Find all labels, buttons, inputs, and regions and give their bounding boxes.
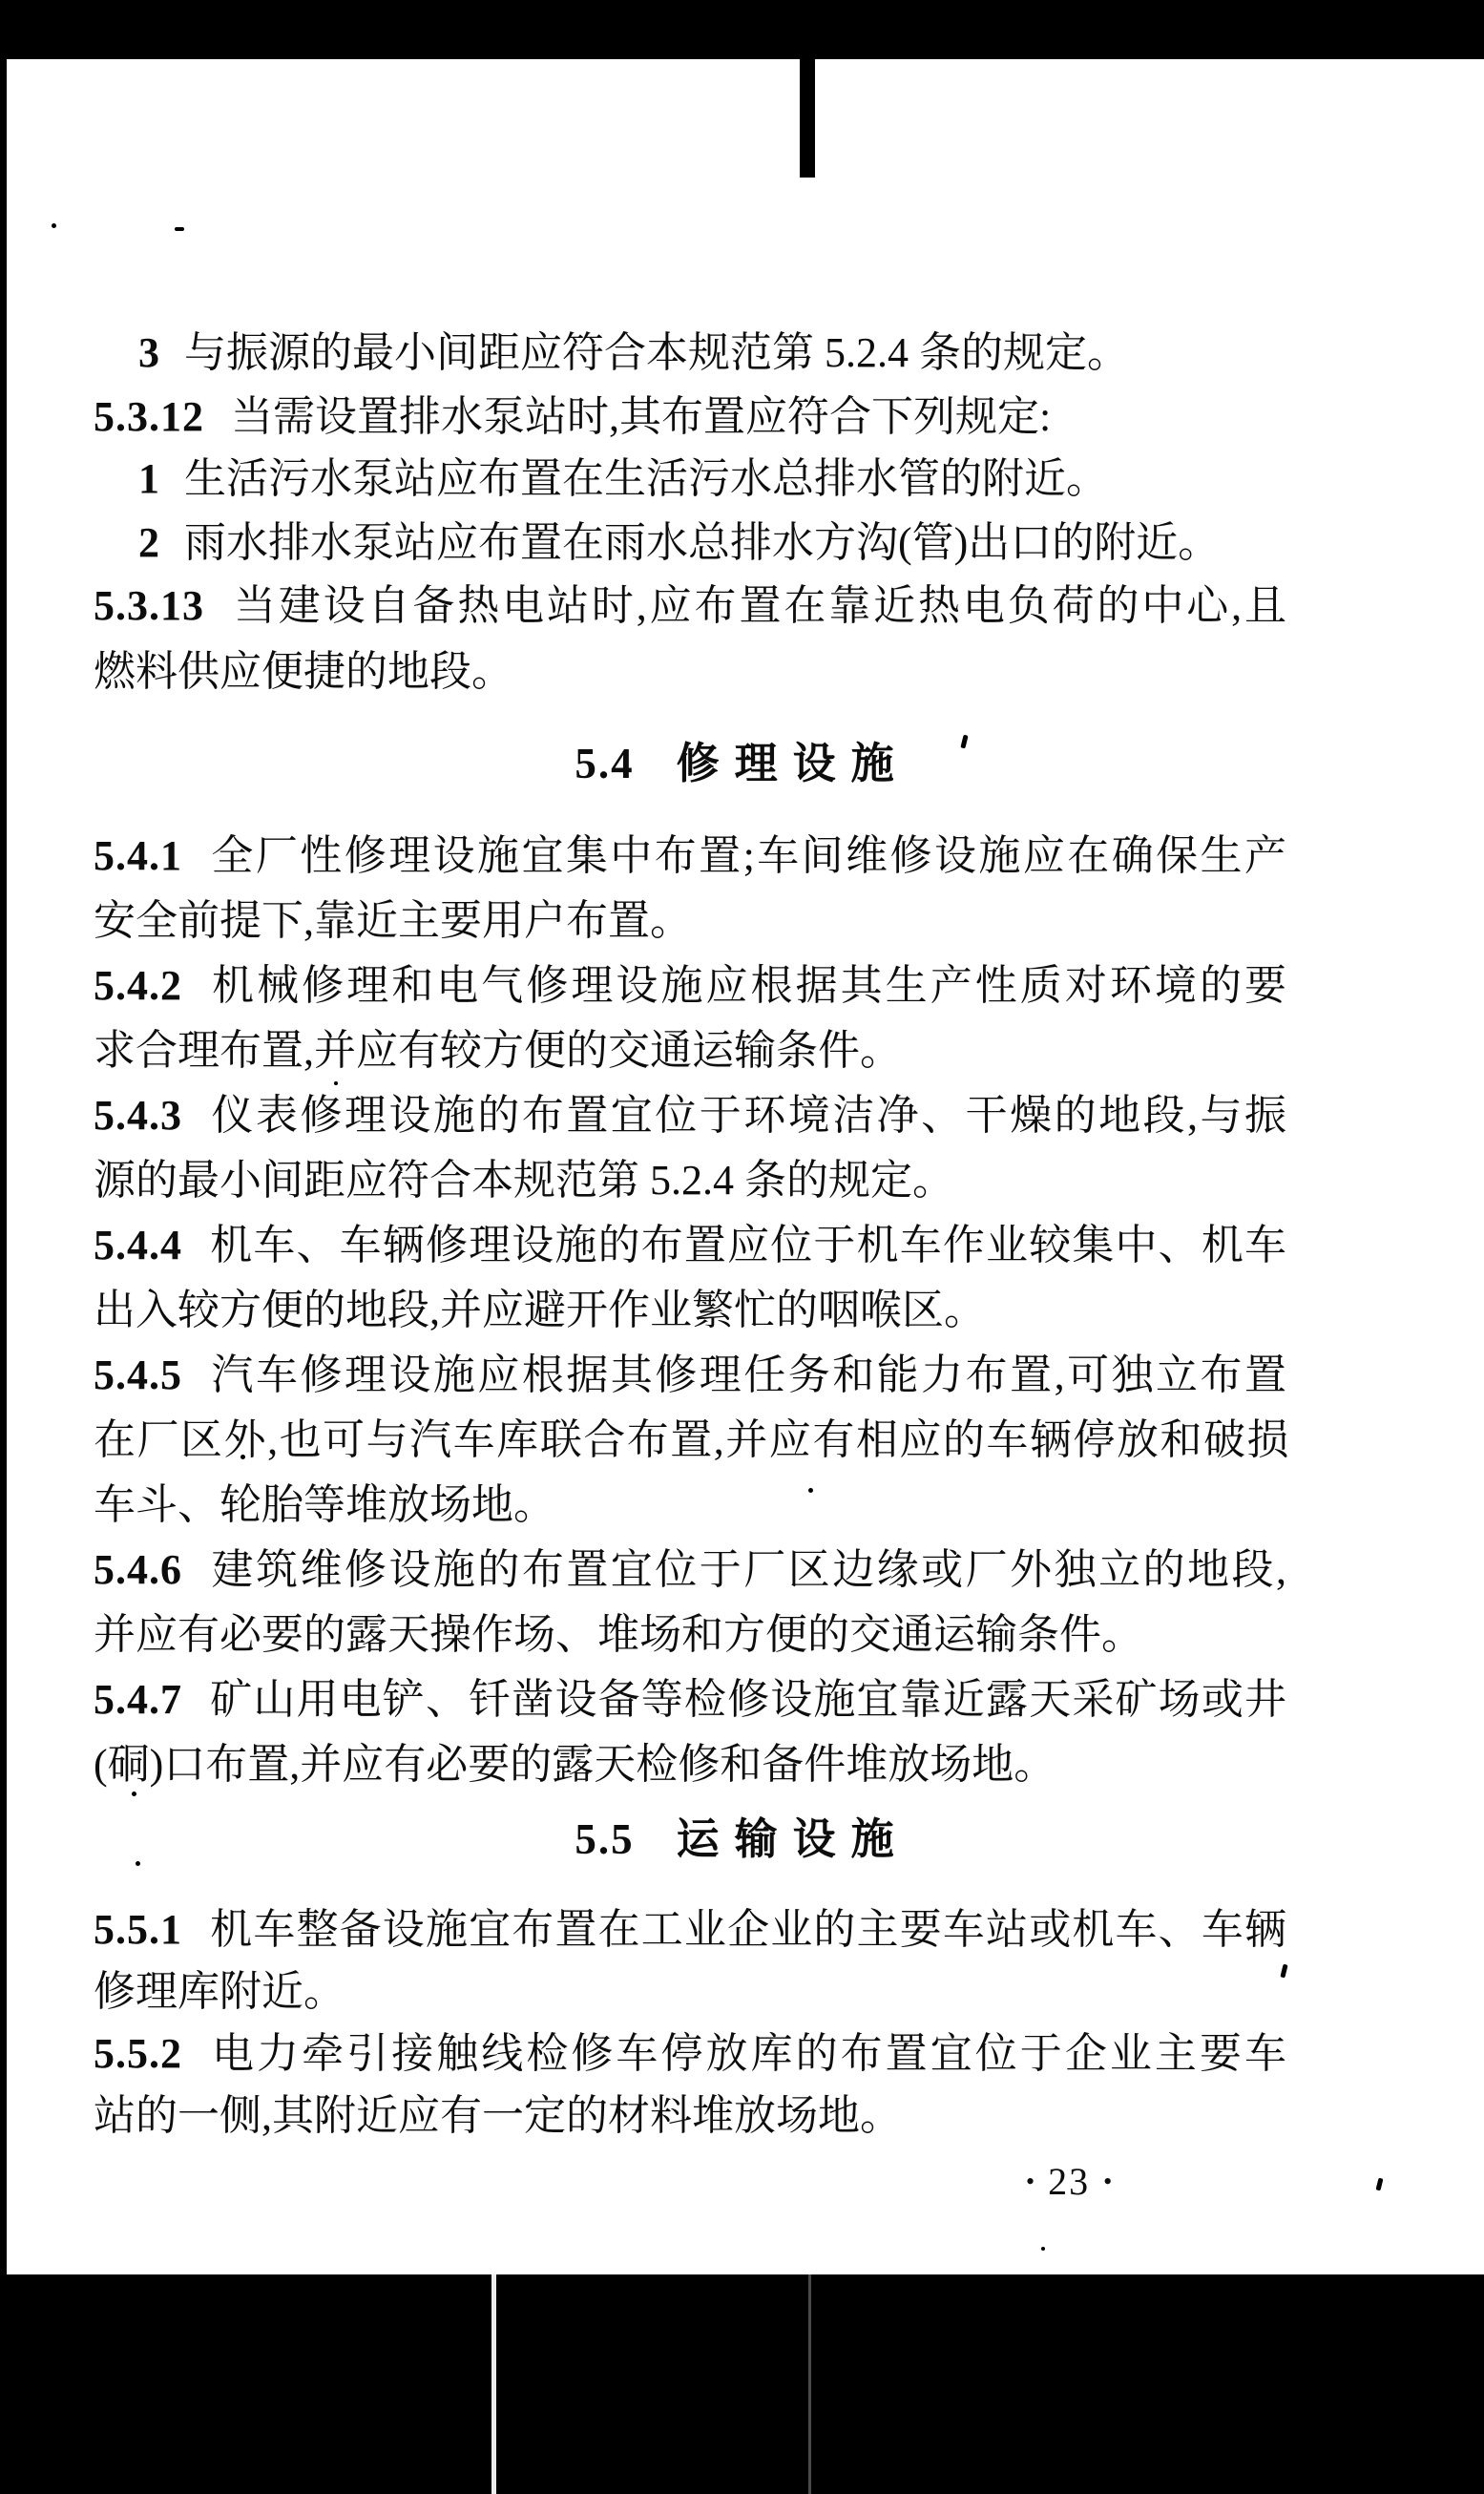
scanned-document-page: { "doc": { "items": [ {"type":"list-item…: [0, 0, 1484, 2494]
clause-line-continuation: 修理库附近。: [94, 1963, 1286, 2021]
clause-number: 5.4.2: [94, 962, 182, 1009]
clause-text: 当建设自备热电站时,应布置在靠近热电负荷的中心,且: [231, 582, 1286, 629]
section-heading-number: 5.5: [575, 1815, 634, 1863]
section-heading-title: 运输设施: [677, 1815, 909, 1863]
ink-speck: [808, 1488, 813, 1493]
scan-black-band-top: [0, 0, 1484, 59]
clause-line: 5.5.1机车整备设施宜布置在工业企业的主要车站或机车、车辆: [94, 1901, 1286, 1959]
clause-line-continuation: 出入较方便的地段,并应避开作业繁忙的咽喉区。: [94, 1282, 1286, 1339]
clause-line-continuation: 安全前提下,靠近主要用户布置。: [94, 892, 1286, 950]
clause-text: 机车整备设施宜布置在工业企业的主要车站或机车、车辆: [209, 1906, 1286, 1953]
list-item: 3与振源的最小间距应符合本规范第 5.2.4 条的规定。: [94, 325, 1286, 382]
section-heading-title: 修理设施: [677, 740, 909, 787]
clause-text: 出入较方便的地段,并应避开作业繁忙的咽喉区。: [94, 1287, 986, 1333]
clause-text: 建筑维修设施的布置宜位于厂区边缘或厂外独立的地段,: [209, 1546, 1286, 1593]
clause-line-continuation: 求合理布置,并应有较方便的交通运输条件。: [94, 1022, 1286, 1079]
page-footer: •23•: [1026, 2157, 1112, 2207]
clause-text: 安全前提下,靠近主要用户布置。: [94, 897, 692, 944]
list-item-number: 3: [138, 329, 159, 376]
clause-line-continuation: 在厂区外,也可与汽车库联合布置,并应有相应的车辆停放和破损: [94, 1412, 1286, 1469]
clause-text: (硐)口布置,并应有必要的露天检修和备件堆放场地。: [94, 1741, 1056, 1788]
ink-speck: [132, 1792, 136, 1796]
list-item-text: 生活污水泵站应布置在生活污水总排水管的附近。: [184, 455, 1108, 502]
clause-line: 5.4.6建筑维修设施的布置宜位于厂区边缘或厂外独立的地段,: [94, 1541, 1286, 1599]
clause-line-continuation: 站的一侧,其附近应有一定的材料堆放场地。: [94, 2087, 1286, 2145]
clause-text: 当需设置排水泵站时,其布置应符合下列规定:: [231, 393, 1051, 440]
clause-text: 源的最小间距应符合本规范第 5.2.4 条的规定。: [94, 1157, 954, 1204]
clause-number: 5.4.3: [94, 1092, 182, 1139]
page-number: 23: [1048, 2160, 1090, 2203]
clause-line-continuation: 并应有必要的露天操作场、堆场和方便的交通运输条件。: [94, 1606, 1286, 1664]
clause-number: 5.4.7: [94, 1676, 182, 1723]
ink-mark: [1376, 2178, 1384, 2191]
scan-black-band-bottom: [0, 2274, 1484, 2494]
clause-line: 5.4.4机车、车辆修理设施的布置应位于机车作业较集中、机车: [94, 1217, 1286, 1274]
clause-text: 汽车修理设施应根据其修理任务和能力布置,可独立布置: [209, 1352, 1286, 1398]
clause-text: 并应有必要的露天操作场、堆场和方便的交通运输条件。: [94, 1611, 1143, 1658]
clause-text: 车斗、轮胎等堆放场地。: [94, 1481, 555, 1528]
clause-line: 5.4.5汽车修理设施应根据其修理任务和能力布置,可独立布置: [94, 1347, 1286, 1404]
ink-speck: [1041, 2247, 1045, 2251]
clause-line-continuation: (硐)口布置,并应有必要的露天检修和备件堆放场地。: [94, 1736, 1286, 1793]
clause-line: 5.4.1全厂性修理设施宜集中布置;车间维修设施应在确保生产: [94, 828, 1286, 885]
clause-text: 机车、车辆修理设施的布置应位于机车作业较集中、机车: [209, 1222, 1286, 1268]
section-heading-number: 5.4: [575, 740, 634, 787]
clause-line: 5.3.13当建设自备热电站时,应布置在靠近热电负荷的中心,且: [94, 577, 1286, 635]
clause-number: 5.4.5: [94, 1352, 182, 1398]
page-number-left-dot: •: [1026, 2168, 1035, 2195]
clause-text: 矿山用电铲、钎凿设备等检修设施宜靠近露天采矿场或井: [209, 1676, 1286, 1723]
list-item: 2雨水排水泵站应布置在雨水总排水方沟(管)出口的附近。: [94, 514, 1286, 572]
ink-speck: [175, 227, 184, 231]
clause-text: 全厂性修理设施宜集中布置;车间维修设施应在确保生产: [209, 832, 1286, 879]
section-heading: 5.5运输设施: [0, 1811, 1484, 1868]
clause-text: 燃料供应便捷的地段。: [94, 648, 513, 695]
clause-line-continuation: 源的最小间距应符合本规范第 5.2.4 条的规定。: [94, 1152, 1286, 1209]
clause-line: 5.4.7矿山用电铲、钎凿设备等检修设施宜靠近露天采矿场或井: [94, 1671, 1286, 1729]
clause-text: 机械修理和电气修理设施应根据其生产性质对环境的要: [209, 962, 1286, 1009]
ink-speck: [136, 1861, 140, 1866]
clause-number: 5.3.13: [94, 582, 204, 629]
ink-speck: [334, 1081, 338, 1085]
clause-line: 5.4.3仪表修理设施的布置宜位于环境洁净、干燥的地段,与振: [94, 1087, 1286, 1144]
list-item-text: 与振源的最小间距应符合本规范第 5.2.4 条的规定。: [184, 329, 1129, 376]
clause-number: 5.4.4: [94, 1222, 182, 1268]
clause-line-continuation: 燃料供应便捷的地段。: [94, 643, 1286, 701]
scan-gray-gap-line: [808, 2274, 811, 2494]
clause-number: 5.4.6: [94, 1546, 182, 1593]
list-item-number: 2: [138, 519, 159, 566]
clause-text: 修理库附近。: [94, 1968, 345, 2015]
clause-text: 在厂区外,也可与汽车库联合布置,并应有相应的车辆停放和破损: [94, 1416, 1286, 1463]
ink-speck: [240, 1455, 245, 1459]
clause-line: 5.4.2机械修理和电气修理设施应根据其生产性质对环境的要: [94, 957, 1286, 1015]
clause-line: 5.3.12当需设置排水泵站时,其布置应符合下列规定:: [94, 388, 1286, 446]
scan-left-edge-line: [0, 0, 7, 2494]
scan-vertical-line-top: [800, 0, 815, 178]
list-item-number: 1: [138, 455, 159, 502]
ink-speck: [52, 223, 56, 228]
page-number-right-dot: •: [1103, 2168, 1112, 2195]
clause-number: 5.5.2: [94, 2030, 182, 2077]
clause-text: 求合理布置,并应有较方便的交通运输条件。: [94, 1027, 902, 1074]
clause-line: 5.5.2电力牵引接触线检修车停放库的布置宜位于企业主要车: [94, 2025, 1286, 2083]
list-item: 1生活污水泵站应布置在生活污水总排水管的附近。: [94, 451, 1286, 508]
clause-number: 5.3.12: [94, 393, 204, 440]
clause-number: 5.4.1: [94, 832, 182, 879]
clause-text: 仪表修理设施的布置宜位于环境洁净、干燥的地段,与振: [209, 1092, 1286, 1139]
list-item-text: 雨水排水泵站应布置在雨水总排水方沟(管)出口的附近。: [184, 519, 1220, 566]
clause-line-continuation: 车斗、轮胎等堆放场地。: [94, 1477, 1286, 1534]
clause-text: 站的一侧,其附近应有一定的材料堆放场地。: [94, 2092, 902, 2139]
clause-text: 电力牵引接触线检修车停放库的布置宜位于企业主要车: [209, 2030, 1286, 2077]
clause-number: 5.5.1: [94, 1906, 182, 1953]
section-heading: 5.4修理设施: [0, 735, 1484, 792]
scan-white-gap-line: [491, 2274, 496, 2494]
